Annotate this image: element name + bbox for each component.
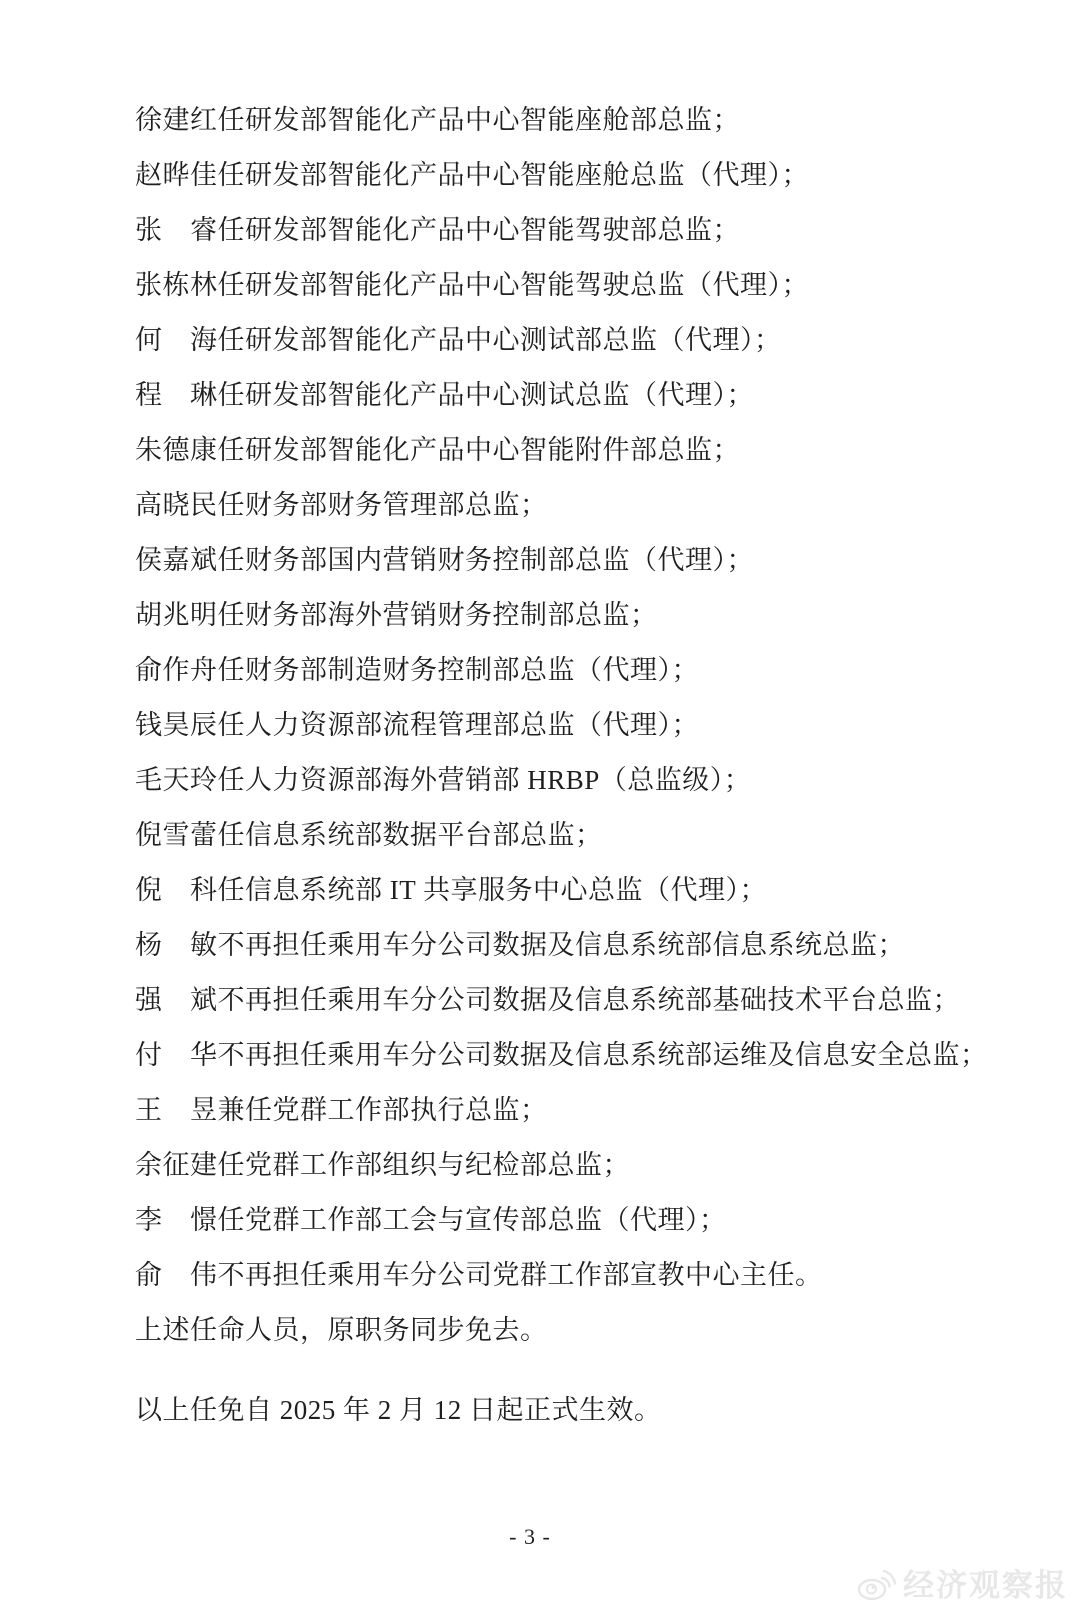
appointment-line: 朱德康任研发部智能化产品中心智能附件部总监； xyxy=(135,423,1045,478)
appointment-line: 胡兆明任财务部海外营销财务控制部总监； xyxy=(135,588,1045,643)
appointment-line: 倪 科任信息系统部 IT 共享服务中心总监（代理）； xyxy=(135,863,1045,918)
appointment-line: 毛天玲任人力资源部海外营销部 HRBP（总监级）； xyxy=(135,753,1045,808)
document-page: 徐建红任研发部智能化产品中心智能座舱部总监； 赵晔佳任研发部智能化产品中心智能座… xyxy=(0,0,1080,1613)
appointment-line: 余征建任党群工作部组织与纪检部总监； xyxy=(135,1138,1045,1193)
appointment-line: 赵晔佳任研发部智能化产品中心智能座舱总监（代理）； xyxy=(135,148,1045,203)
page-number: - 3 - xyxy=(0,1524,1060,1550)
appointment-line: 何 海任研发部智能化产品中心测试部总监（代理）； xyxy=(135,313,1045,368)
effective-date-line: 以上任免自 2025 年 2 月 12 日起正式生效。 xyxy=(135,1383,1045,1438)
appointment-line: 强 斌不再担任乘用车分公司数据及信息系统部基础技术平台总监； xyxy=(135,973,1045,1028)
appointment-line: 徐建红任研发部智能化产品中心智能座舱部总监； xyxy=(135,93,1045,148)
appointment-line: 张 睿任研发部智能化产品中心智能驾驶部总监； xyxy=(135,203,1045,258)
appointment-line: 倪雪蕾任信息系统部数据平台部总监； xyxy=(135,808,1045,863)
removal-note-line: 上述任命人员，原职务同步免去。 xyxy=(135,1303,1045,1358)
appointment-line: 杨 敏不再担任乘用车分公司数据及信息系统部信息系统总监； xyxy=(135,918,1045,973)
appointment-line: 张栋林任研发部智能化产品中心智能驾驶总监（代理）； xyxy=(135,258,1045,313)
appointment-line: 程 琳任研发部智能化产品中心测试总监（代理）； xyxy=(135,368,1045,423)
appointment-line: 高晓民任财务部财务管理部总监； xyxy=(135,478,1045,533)
appointment-line: 李 憬任党群工作部工会与宣传部总监（代理）； xyxy=(135,1193,1045,1248)
appointment-line: 王 昱兼任党群工作部执行总监； xyxy=(135,1083,1045,1138)
weibo-logo-icon xyxy=(856,1563,896,1603)
appointment-line: 侯嘉斌任财务部国内营销财务控制部总监（代理）； xyxy=(135,533,1045,588)
watermark-text: 经济观察报 xyxy=(903,1560,1068,1605)
appointment-line: 钱昊辰任人力资源部流程管理部总监（代理）； xyxy=(135,698,1045,753)
watermark: 经济观察报 xyxy=(856,1560,1068,1605)
appointment-line: 付 华不再担任乘用车分公司数据及信息系统部运维及信息安全总监； xyxy=(135,1028,1045,1083)
appointment-line: 俞作舟任财务部制造财务控制部总监（代理）； xyxy=(135,643,1045,698)
appointment-line: 俞 伟不再担任乘用车分公司党群工作部宣教中心主任。 xyxy=(135,1248,1045,1303)
document-body: 徐建红任研发部智能化产品中心智能座舱部总监； 赵晔佳任研发部智能化产品中心智能座… xyxy=(135,93,1045,1438)
